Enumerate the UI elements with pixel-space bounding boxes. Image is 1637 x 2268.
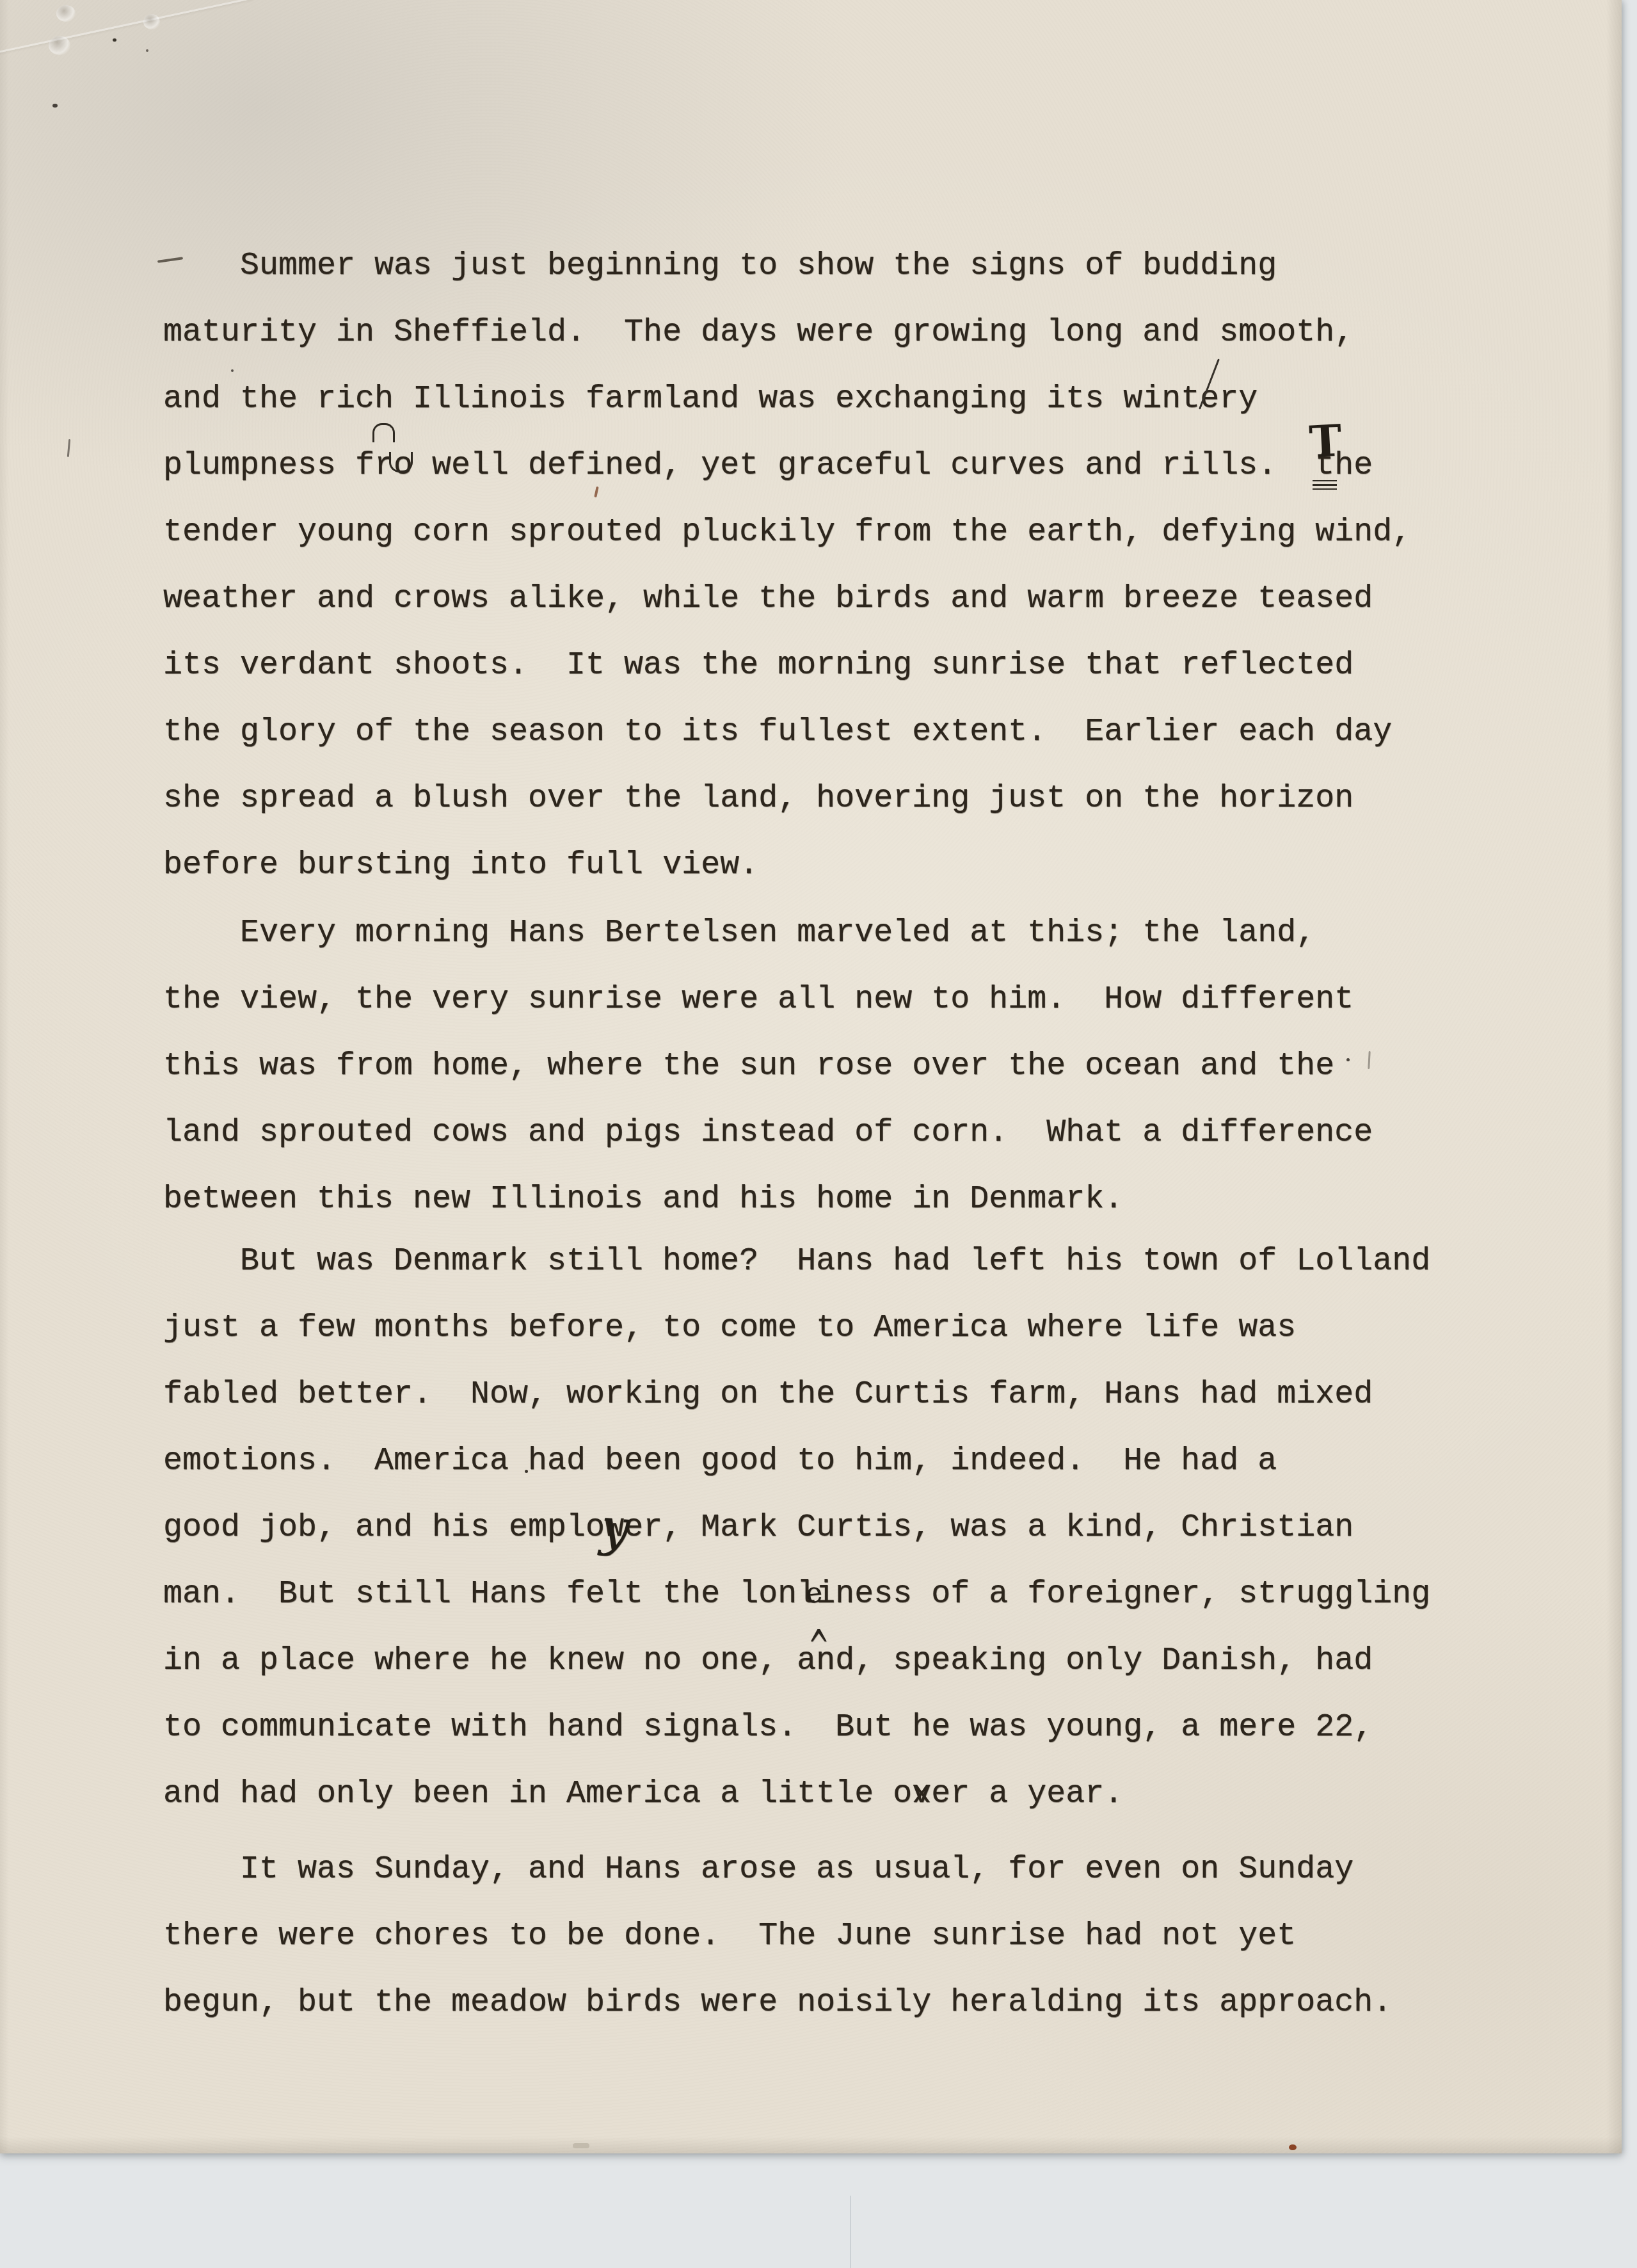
text-line: good job, and his emplowyer, Mark Curtis… bbox=[163, 1495, 1430, 1561]
text-line: she spread a blush over the land, hoveri… bbox=[163, 766, 1411, 832]
paragraph-1: Summer was just beginning to show the si… bbox=[163, 233, 1411, 899]
ink-speck bbox=[231, 369, 234, 372]
scanned-page: Summer was just beginning to show the si… bbox=[0, 0, 1637, 2268]
text-line: tender young corn sprouted pluckily from… bbox=[163, 499, 1411, 566]
text-line: to communicate with hand signals. But he… bbox=[163, 1694, 1430, 1761]
stray-period-speck bbox=[525, 1470, 528, 1473]
text-line: begun, but the meadow birds were noisily… bbox=[163, 1970, 1392, 2036]
typed-text-block: Summer was just beginning to show the si… bbox=[0, 0, 1622, 2153]
text-line: this was from home, where the sun rose o… bbox=[163, 1033, 1373, 1100]
correction-overwrite-mark: wy bbox=[605, 1495, 624, 1561]
correction-strike-mark: e bbox=[1200, 366, 1219, 433]
text-line: between this new Illinois and his home i… bbox=[163, 1166, 1373, 1233]
ink-speck bbox=[113, 38, 116, 42]
text-line: Every morning Hans Bertelsen marveled at… bbox=[163, 900, 1373, 967]
text-line: But was Denmark still home? Hans had lef… bbox=[163, 1228, 1430, 1295]
manuscript-paper: Summer was just beginning to show the si… bbox=[0, 0, 1622, 2153]
inserted-letter: e bbox=[804, 1579, 824, 1608]
ink-speck bbox=[146, 49, 148, 52]
text-line: emotions. America had been good to him, … bbox=[163, 1428, 1430, 1495]
paragraph-3: But was Denmark still home? Hans had lef… bbox=[163, 1228, 1430, 1828]
text-line: It was Sunday, and Hans arose as usual, … bbox=[163, 1837, 1392, 1903]
rust-speck bbox=[1289, 2144, 1297, 2150]
text-line: the glory of the season to its fullest e… bbox=[163, 699, 1411, 766]
text-line: and had only been in America a little ox… bbox=[163, 1761, 1430, 1828]
text-line: just a few months before, to come to Ame… bbox=[163, 1295, 1430, 1362]
scanner-bed-crease bbox=[850, 2196, 851, 2268]
text-line: there were chores to be done. The June s… bbox=[163, 1903, 1392, 1970]
text-line: and the rich Illinois farmland was excha… bbox=[163, 366, 1411, 433]
text-line: weather and crows alike, while the birds… bbox=[163, 566, 1411, 632]
text-line: the view, the very sunrise were all new … bbox=[163, 967, 1373, 1033]
handwritten-capital-letter: T bbox=[1309, 419, 1343, 465]
edge-smudge bbox=[573, 2143, 589, 2148]
paragraph-2: Every morning Hans Bertelsen marveled at… bbox=[163, 900, 1373, 1233]
text-line: before bursting into full view. bbox=[163, 832, 1411, 899]
text-line: in a place where he knew no one, and, sp… bbox=[163, 1628, 1430, 1694]
text-line: fabled better. Now, working on the Curti… bbox=[163, 1362, 1430, 1428]
text-line: maturity in Sheffield. The days were gro… bbox=[163, 300, 1411, 366]
overstruck-letter: v bbox=[912, 1761, 931, 1828]
ink-speck bbox=[52, 104, 58, 108]
text-line: its verdant shoots. It was the morning s… bbox=[163, 632, 1411, 699]
correction-overstrike-mark: xv bbox=[912, 1761, 931, 1828]
ink-speck bbox=[1346, 1058, 1350, 1061]
correction-capitalize-mark: tT bbox=[1315, 433, 1334, 499]
text-line: land sprouted cows and pigs instead of c… bbox=[163, 1100, 1373, 1166]
text-line: plumpness fro well defined, yet graceful… bbox=[163, 433, 1411, 499]
capitalize-triple-underline bbox=[1313, 480, 1337, 491]
text-line: Summer was just beginning to show the si… bbox=[163, 233, 1411, 300]
text-line: man. But still Hans felt the lonle^iness… bbox=[163, 1561, 1430, 1628]
correction-transpose-mark: ro bbox=[374, 433, 413, 499]
paragraph-4: It was Sunday, and Hans arose as usual, … bbox=[163, 1837, 1392, 2036]
handwritten-letter: y bbox=[599, 1499, 632, 1557]
